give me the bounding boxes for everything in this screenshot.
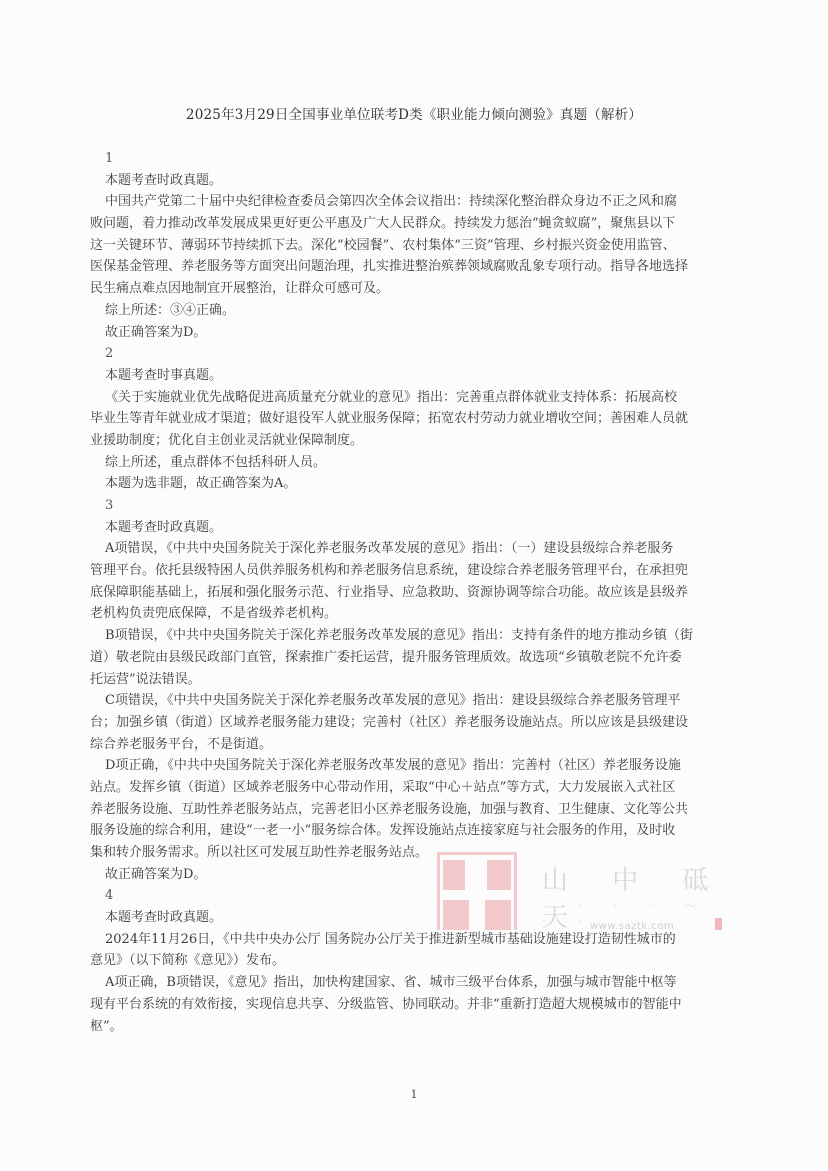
text-line: 综上所述：③④正确。 bbox=[105, 300, 725, 322]
question-number: 2 bbox=[105, 343, 725, 365]
text-line: 管理平台。依托县级特困人员供养服务机构和养老服务信息系统，建设综合养老服务管理平… bbox=[90, 560, 725, 582]
text-line: 本题考查时政真题。 bbox=[105, 170, 725, 192]
document-page: 2025年3月29日全国事业单位联考D类《职业能力倾向测验》真题（解析） 1本题… bbox=[0, 0, 828, 1171]
document-body: 1本题考查时政真题。中国共产党第二十届中央纪律检查委员会第四次全体会议指出：持续… bbox=[105, 148, 725, 1037]
question-number: 3 bbox=[105, 495, 725, 517]
text-line: 毕业生等青年就业成才渠道；做好退役军人就业服务保障；拓宽农村劳动力就业增收空间；… bbox=[90, 408, 725, 430]
text-line: 意见》（以下简称《意见》）发布。 bbox=[90, 950, 725, 972]
document-title: 2025年3月29日全国事业单位联考D类《职业能力倾向测验》真题（解析） bbox=[0, 103, 828, 123]
text-line: 民生痛点难点因地制宜开展整治，让群众可感可及。 bbox=[90, 278, 725, 300]
text-line: 托运营”说法错误。 bbox=[90, 669, 725, 691]
text-line: B项错误，《中共中央国务院关于深化养老服务改革发展的意见》指出：支持有条件的地方… bbox=[105, 625, 725, 647]
text-line: A项错误，《中共中央国务院关于深化养老服务改革发展的意见》指出：（一）建设县级综… bbox=[105, 538, 725, 560]
text-line: 服务设施的综合利用，建设“一老一小”服务综合体。发挥设施站点连接家庭与社会服务的… bbox=[90, 820, 725, 842]
text-line: 台；加强乡镇（街道）区域养老服务能力建设；完善村（社区）养老服务设施站点。所以应… bbox=[90, 712, 725, 734]
text-line: 中国共产党第二十届中央纪律检查委员会第四次全体会议指出：持续深化整治群众身边不正… bbox=[105, 191, 725, 213]
text-line: 本题考查时政真题。 bbox=[105, 907, 725, 929]
text-line: 2024年11月26日，《中共中央办公厅 国务院办公厅关于推进新型城市基础设施建… bbox=[105, 929, 725, 951]
text-line: 枢”。 bbox=[90, 1016, 725, 1038]
text-line: 故正确答案为D。 bbox=[105, 322, 725, 344]
text-line: 故正确答案为D。 bbox=[105, 864, 725, 886]
text-line: 集和转介服务需求。所以社区可发展互助性养老服务站点。 bbox=[90, 842, 725, 864]
text-line: 败问题，着力推动改革发展成果更好更公平惠及广大人民群众。持续发力惩治“蝇贪蚁腐”… bbox=[90, 213, 725, 235]
text-line: 养老服务设施、互助性养老服务站点，完善老旧小区养老服务设施，加强与教育、卫生健康… bbox=[90, 799, 725, 821]
text-line: 业援助制度；优化自主创业灵活就业保障制度。 bbox=[90, 430, 725, 452]
text-line: D项正确，《中共中央国务院关于深化养老服务改革发展的意见》指出：完善村（社区）养… bbox=[105, 755, 725, 777]
text-line: 综合养老服务平台，不是街道。 bbox=[90, 734, 725, 756]
text-line: 本题为选非题，故正确答案为A。 bbox=[105, 473, 725, 495]
text-line: 这一关键环节、薄弱环节持续抓下去。深化“校园餐”、农村集体“三资”管理、乡村振兴… bbox=[90, 235, 725, 257]
text-line: 本题考查时政真题。 bbox=[105, 517, 725, 539]
text-line: 道）敬老院由县级民政部门直管，探索推广委托运营，提升服务管理质效。故选项“乡镇敬… bbox=[90, 647, 725, 669]
text-line: 现有平台系统的有效衔接，实现信息共享、分级监管、协同联动。并非“重新打造超大规模… bbox=[90, 994, 725, 1016]
page-number: 1 bbox=[0, 1088, 828, 1101]
text-line: 综上所述，重点群体不包括科研人员。 bbox=[105, 452, 725, 474]
text-line: 本题考查时事真题。 bbox=[105, 365, 725, 387]
text-line: 老机构负责兜底保障，不是省级养老机构。 bbox=[90, 603, 725, 625]
question-number: 4 bbox=[105, 885, 725, 907]
text-line: 医保基金管理、养老服务等方面突出问题治理，扎实推进整治殡葬领域腐败乱象专项行动。… bbox=[90, 256, 725, 278]
text-line: A项正确，B项错误，《意见》指出，加快构建国家、省、城市三级平台体系，加强与城市… bbox=[105, 972, 725, 994]
text-line: 站点。发挥乡镇（街道）区域养老服务中心带动作用，采取“中心＋站点”等方式，大力发… bbox=[90, 777, 725, 799]
question-number: 1 bbox=[105, 148, 725, 170]
text-line: 《关于实施就业优先战略促进高质量充分就业的意见》指出：完善重点群体就业支持体系：… bbox=[105, 387, 725, 409]
text-line: 底保障职能基础上，拓展和强化服务示范、行业指导、应急救助、资源协调等综合功能。故… bbox=[90, 582, 725, 604]
text-line: C项错误，《中共中央国务院关于深化养老服务改革发展的意见》指出：建设县级综合养老… bbox=[105, 690, 725, 712]
